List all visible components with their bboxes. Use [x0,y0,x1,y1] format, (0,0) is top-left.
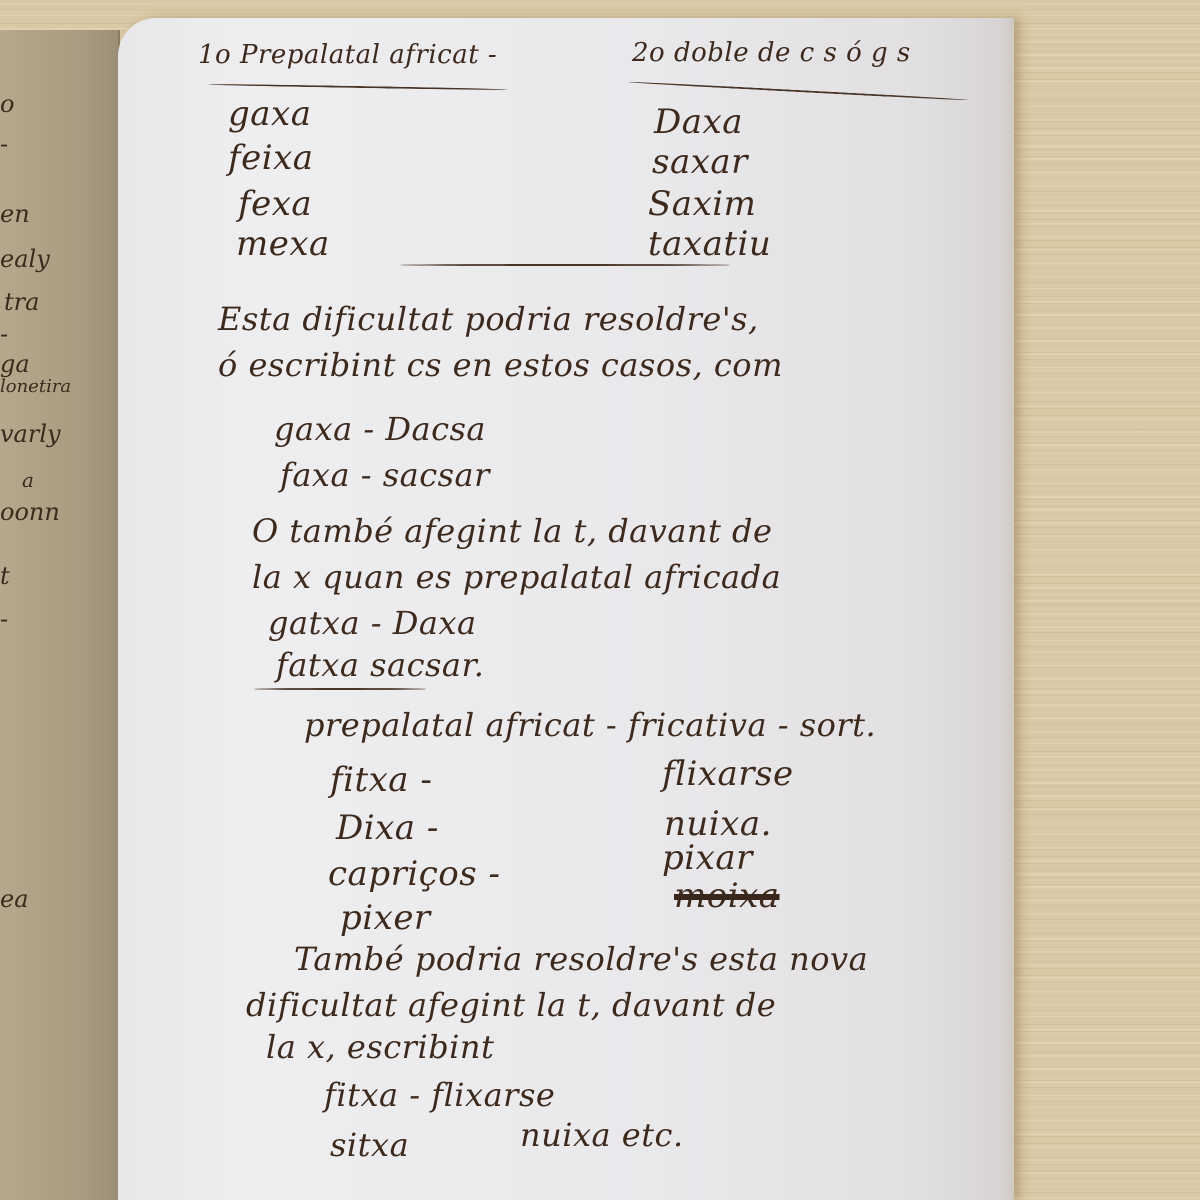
left-page-fragment: o [0,90,14,118]
paragraph-line: ó escribint cs en estos casos, com [218,346,783,384]
word-right: saxar [652,142,748,182]
left-page-fragment: - [0,130,8,158]
word-right: Saxim [648,184,756,224]
left-page-fragment: en [0,200,30,228]
word-right: pixar [662,838,753,878]
word-right: flixarse [662,754,794,794]
paragraph-line: dificultat afegint la t, davant de [246,986,776,1024]
word-left: mexa [236,224,330,264]
paragraph-line: També podria resoldre's esta nova [294,940,868,978]
left-page-fragment: ealy [0,245,50,273]
example-line: fitxa - flixarse [324,1076,555,1114]
word-right: Daxa [654,102,743,142]
left-page-fragment: tra [4,288,39,316]
header-left: 1o Prepalatal africat - [198,40,497,70]
paragraph-line: la x quan es prepalatal africada [252,558,781,596]
left-facing-page: o - en ealy tra - ga lonetira varly a oo… [0,30,120,1200]
left-page-fragment: a [22,468,34,492]
left-page-fragment: - [0,320,8,348]
word-right: taxatiu [648,224,771,264]
header-underline-left [208,83,508,90]
left-page-fragment: lonetira [0,376,71,397]
section-divider [400,264,730,266]
word-left: gaxa [228,94,311,134]
example-line: sitxa [330,1126,409,1164]
struck-out-word: moixa [674,876,780,916]
section-heading: prepalatal africat - fricativa - sort. [304,706,876,744]
manuscript-page: 1o Prepalatal africat - 2o doble de c s … [118,18,1014,1200]
example-line: gatxa - Daxa [268,604,477,642]
paragraph-line: O també afegint la t, davant de [252,512,772,550]
left-page-fragment: oonn [0,498,60,526]
section-divider [254,688,426,690]
paragraph-line: Esta dificultat podria resoldre's, [218,300,759,338]
left-page-fragment: t [0,562,10,590]
example-line: nuixa etc. [520,1116,684,1154]
left-page-fragment: ga [0,350,30,378]
paragraph-line: la x, escribint [266,1028,494,1066]
example-line: fatxa sacsar. [276,646,484,684]
word-left: Dixa - [336,808,439,848]
left-page-fragment: varly [0,420,61,448]
word-left: pixer [340,898,431,938]
word-left: fitxa - [330,760,432,800]
example-line: faxa - sacsar [280,456,490,494]
word-left: fexa [238,184,312,224]
word-left: feixa [228,138,314,178]
example-line: gaxa - Dacsa [274,410,486,448]
left-page-fragment: ea [0,885,29,913]
header-right: 2o doble de c s ó g s [632,38,911,68]
header-underline-right [628,81,968,101]
word-left: capriços - [328,854,500,894]
left-page-fragment: - [0,605,8,633]
